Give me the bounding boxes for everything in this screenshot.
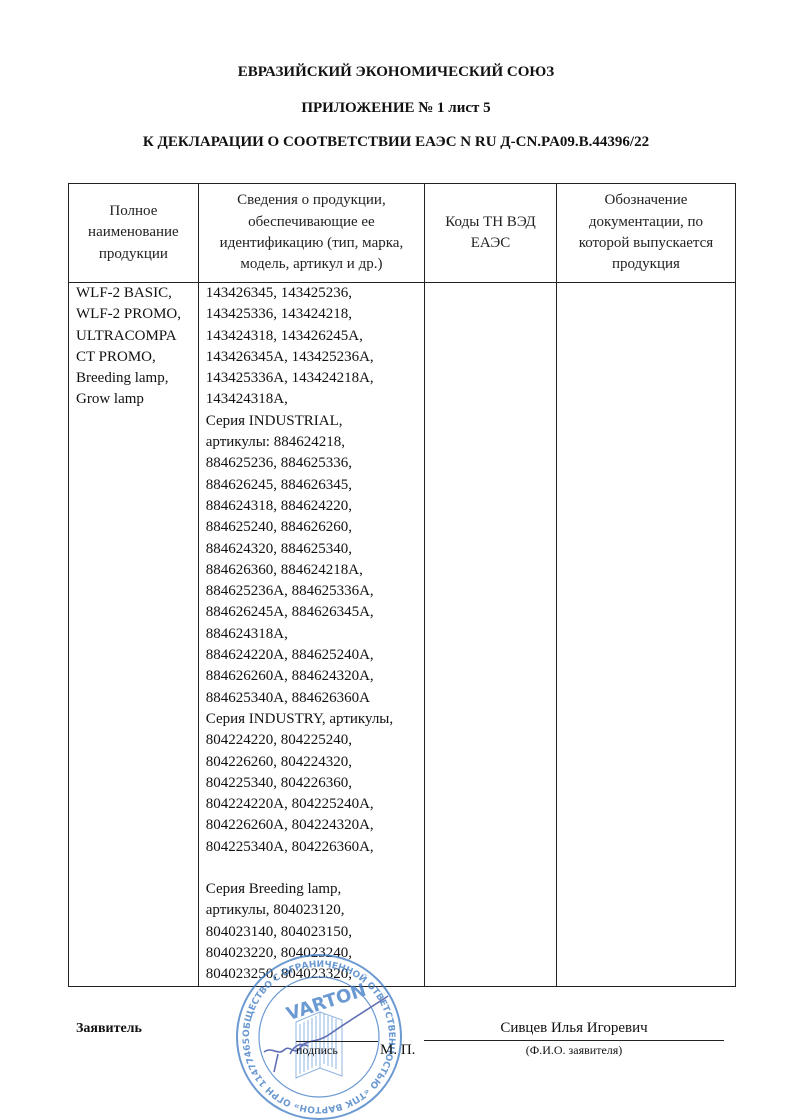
identification-line: Серия INDUSTRIAL, <box>206 411 420 432</box>
identification-line: 884625340A, 884626360A <box>206 688 420 709</box>
identification-line: 804224220, 804225240, <box>206 730 420 751</box>
applicant-label: Заявитель <box>76 1021 142 1037</box>
product-name-line: WLF-2 PROMO, <box>76 304 194 325</box>
identification-line: 804225340A, 804226360A, <box>206 837 420 858</box>
name-line <box>424 1040 724 1041</box>
identification-line: 884626245, 884626345, <box>206 475 420 496</box>
identification-line: 884624220A, 884625240A, <box>206 645 420 666</box>
product-name-line: Breeding lamp, <box>76 368 194 389</box>
column-header-documentation: Обозначение документации, по которой вып… <box>556 184 735 283</box>
identification-line: 804226260, 804224320, <box>206 752 420 773</box>
identification-line: 143424318A, <box>206 389 420 410</box>
identification-line: 884625236, 884625336, <box>206 453 420 474</box>
identification-line: 143425336A, 143424218A, <box>206 368 420 389</box>
identification-line: 884625240, 884626260, <box>206 517 420 538</box>
seal-place-label: М. П. <box>380 1042 415 1059</box>
stamp-ring-text: ОБЩЕСТВО С ОГРАНИЧЕННОЙ ОТВЕТСТВЕННОСТЬЮ… <box>234 952 396 1114</box>
identification-line: 143424318, 143426245A, <box>206 326 420 347</box>
column-header-identification: Сведения о продукции, обеспечивающие ее … <box>198 184 424 283</box>
identification-line: 143425336, 143424218, <box>206 304 420 325</box>
product-name-line: ULTRACOMPA <box>76 326 194 347</box>
identification-line: 804225340, 804226360, <box>206 773 420 794</box>
declaration-title: К ДЕКЛАРАЦИИ О СООТВЕТСТВИИ ЕАЭС N RU Д-… <box>0 134 792 151</box>
tn-ved-codes-cell <box>425 283 557 987</box>
identification-cell: 143426345, 143425236,143425336, 14342421… <box>198 283 424 987</box>
products-table: Полное наименование продукции Сведения о… <box>68 183 736 987</box>
documentation-cell <box>556 283 735 987</box>
identification-line: 884626260A, 884624320A, <box>206 666 420 687</box>
product-name-line: CT PROMO, <box>76 347 194 368</box>
appendix-title: ПРИЛОЖЕНИЕ № 1 лист 5 <box>0 100 792 117</box>
applicant-name: Сивцев Илья Игоревич <box>424 1020 724 1037</box>
table-row: WLF-2 BASIC,WLF-2 PROMO,ULTRACOMPACT PRO… <box>69 283 736 987</box>
identification-line: 804224220A, 804225240A, <box>206 794 420 815</box>
identification-line: артикулы, 804023120, <box>206 900 420 921</box>
signature-line <box>296 1041 378 1042</box>
identification-line: Серия INDUSTRY, артикулы, <box>206 709 420 730</box>
company-seal-stamp-icon: ОБЩЕСТВО С ОГРАНИЧЕННОЙ ОТВЕТСТВЕННОСТЬЮ… <box>234 952 404 1120</box>
table-header-row: Полное наименование продукции Сведения о… <box>69 184 736 283</box>
identification-line: 884624318A, <box>206 624 420 645</box>
product-name-line: Grow lamp <box>76 389 194 410</box>
identification-line <box>206 858 420 879</box>
identification-line: Серия Breeding lamp, <box>206 879 420 900</box>
identification-line: 143426345A, 143425236A, <box>206 347 420 368</box>
name-caption: (Ф.И.О. заявителя) <box>424 1043 724 1058</box>
identification-line: 884625236A, 884625336A, <box>206 581 420 602</box>
svg-text:ОБЩЕСТВО С ОГРАНИЧЕННОЙ ОТВЕТС: ОБЩЕСТВО С ОГРАНИЧЕННОЙ ОТВЕТСТВЕННОСТЬЮ… <box>234 952 396 1114</box>
identification-line: 884624320, 884625340, <box>206 539 420 560</box>
product-name-line: WLF-2 BASIC, <box>76 283 194 304</box>
identification-line: 804023140, 804023150, <box>206 922 420 943</box>
identification-line: 884624318, 884624220, <box>206 496 420 517</box>
column-header-product-name: Полное наименование продукции <box>69 184 199 283</box>
identification-line: 804226260A, 804224320A, <box>206 815 420 836</box>
union-title: ЕВРАЗИЙСКИЙ ЭКОНОМИЧЕСКИЙ СОЮЗ <box>0 64 792 81</box>
identification-line: 884626245A, 884626345A, <box>206 602 420 623</box>
product-name-cell: WLF-2 BASIC,WLF-2 PROMO,ULTRACOMPACT PRO… <box>69 283 199 987</box>
signature-caption: подпись <box>296 1043 338 1058</box>
stamp-brand-text: VARTON <box>284 980 369 1025</box>
column-header-tn-ved-codes: Коды ТН ВЭД ЕАЭС <box>425 184 557 283</box>
identification-line: 884626360, 884624218A, <box>206 560 420 581</box>
identification-line: 143426345, 143425236, <box>206 283 420 304</box>
identification-line: артикулы: 884624218, <box>206 432 420 453</box>
